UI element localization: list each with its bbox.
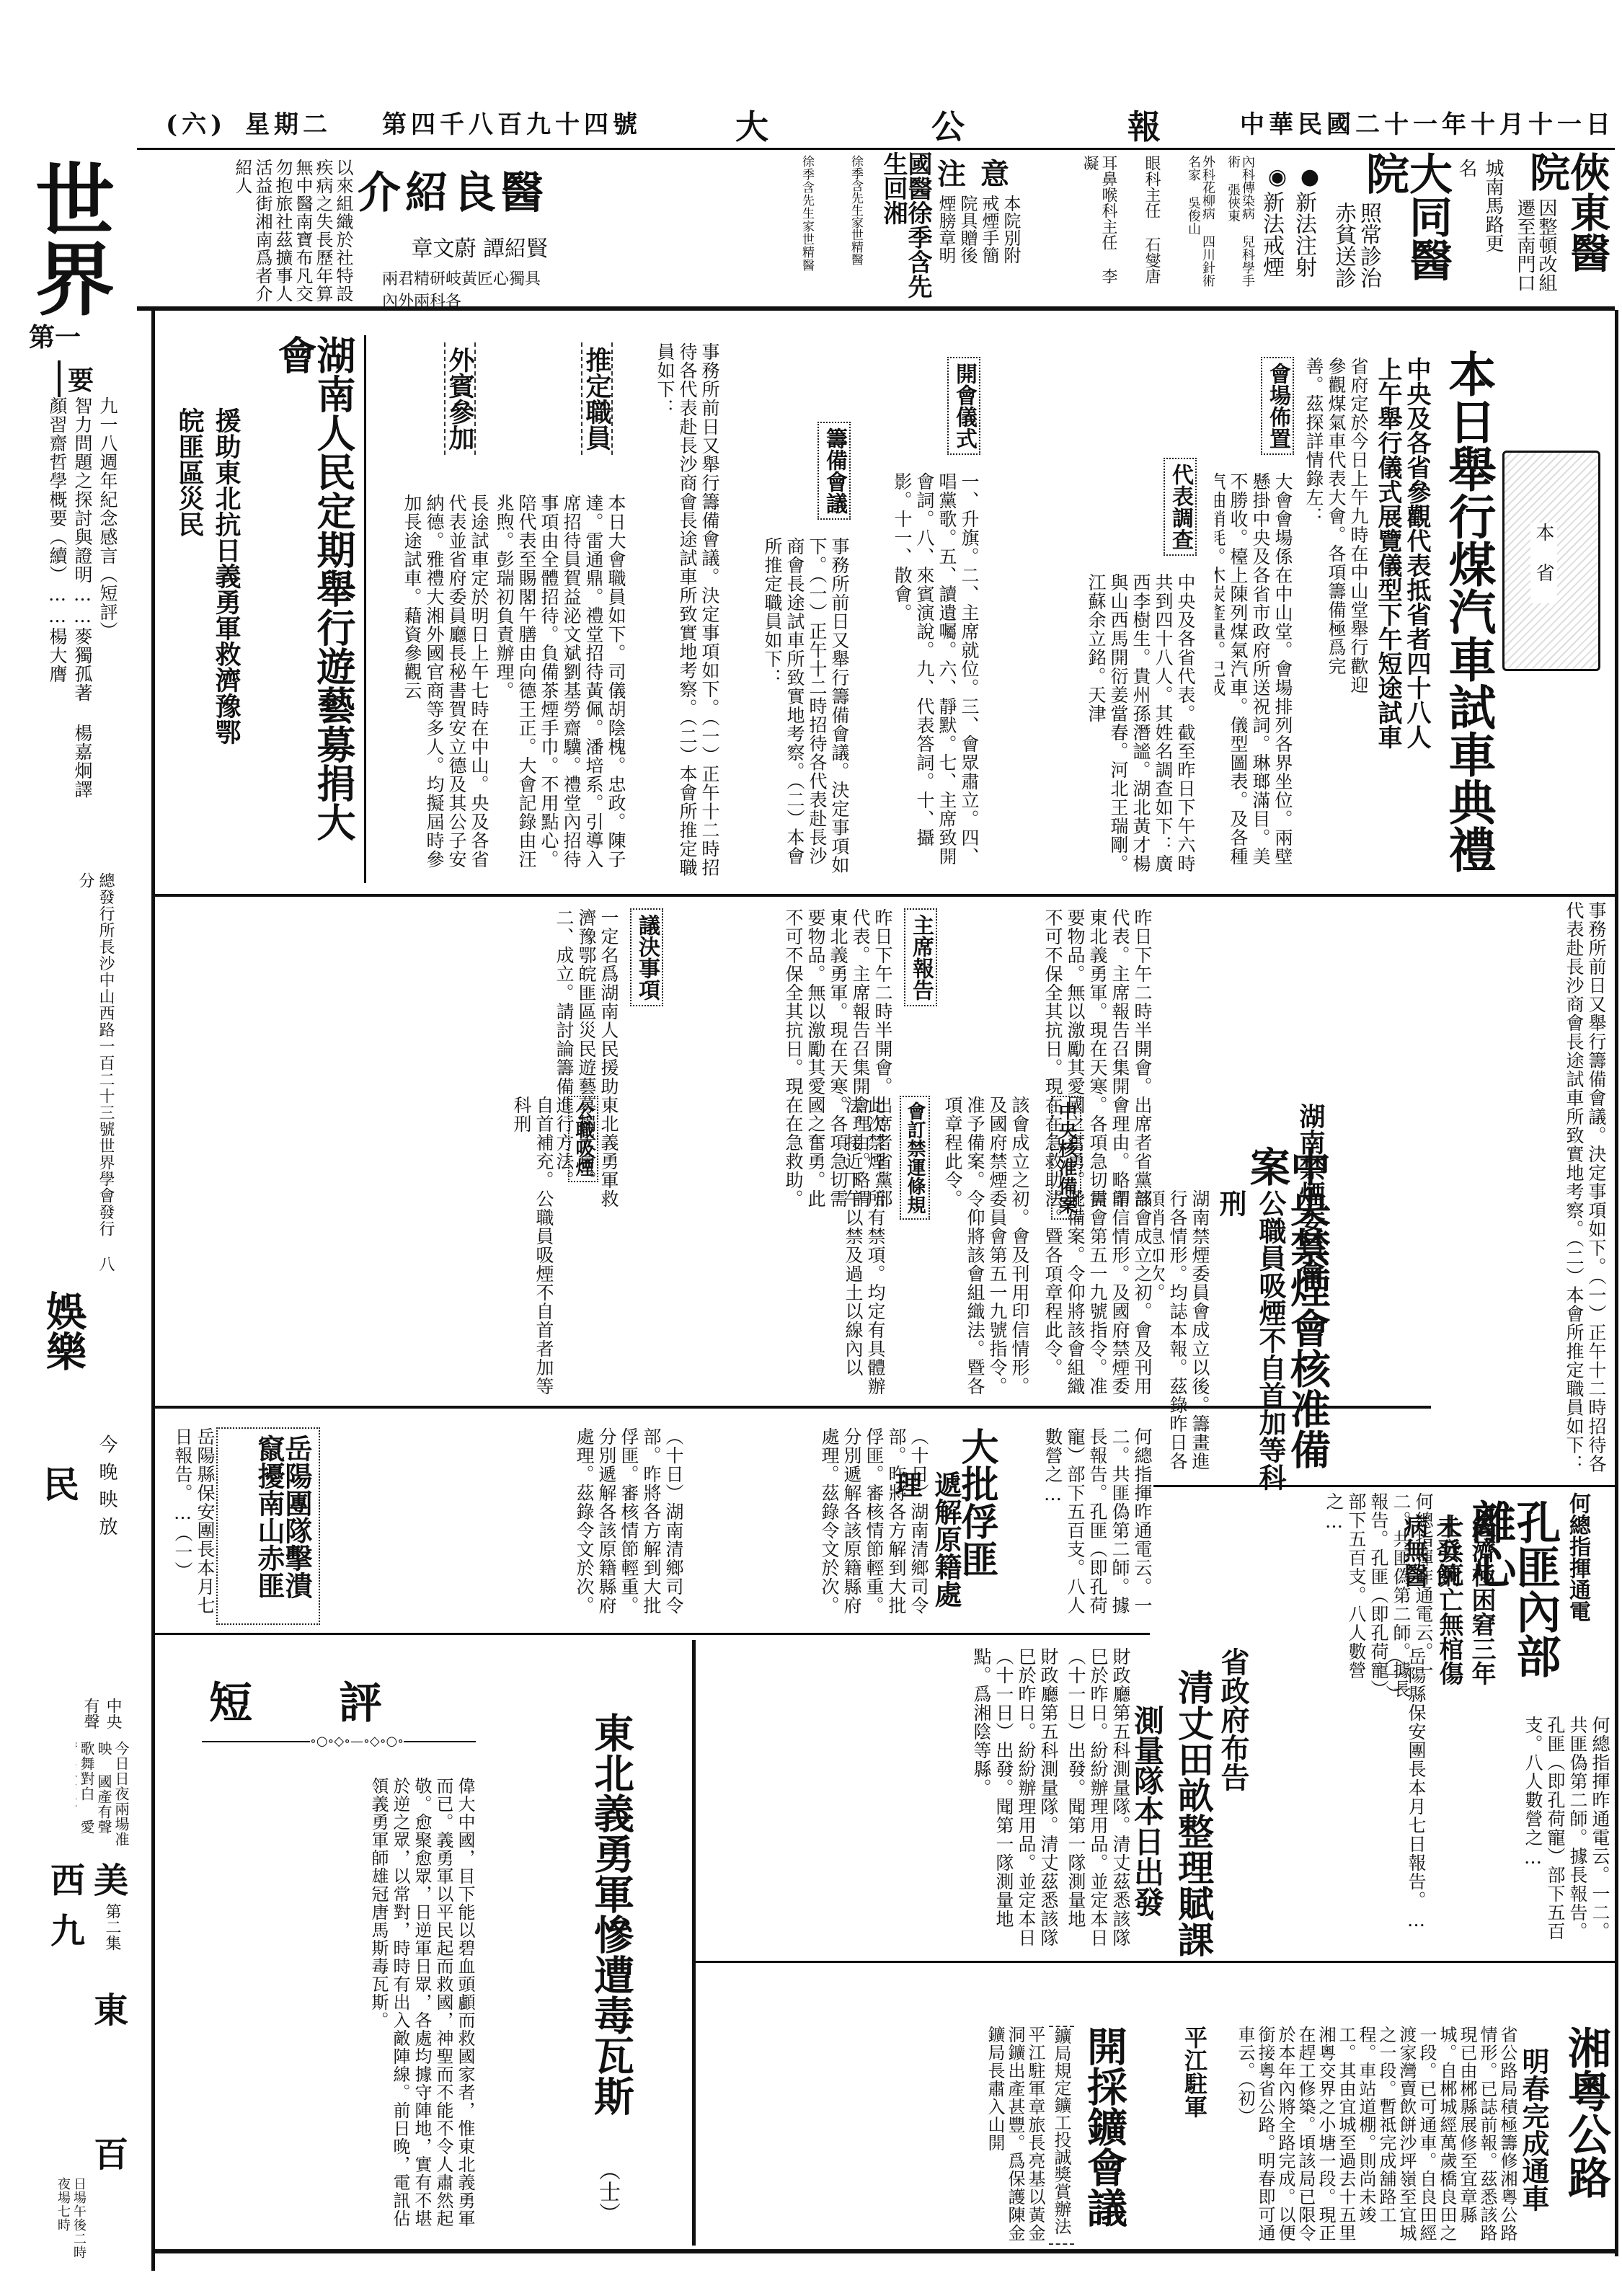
ad-datong-dept-3: 眼科主任 石燮唐 bbox=[1142, 155, 1161, 299]
road-body: 省公路局積極籌修湘粵公路情形。已誌前報。茲悉該路現已由郴縣展修至宜章縣城。自郴城… bbox=[1215, 2026, 1517, 2242]
bottom-rule bbox=[155, 2249, 1618, 2253]
section-heading-resolutions: 議決事項 bbox=[630, 908, 663, 1006]
weekday: 星期二 bbox=[245, 105, 332, 140]
show-times: 日場午後二時 夜場七時 bbox=[29, 2177, 87, 2285]
ad-datong-dept-4: 耳鼻喉科主任 李凝 bbox=[1080, 155, 1117, 299]
troop-continued: 何總指揮昨通電云。一二。共匪偽第二師。據長報告。孔匪（即孔荷寵）部下五百支。八人… bbox=[1427, 1716, 1611, 1954]
main-intro: 省府定於今日上午九時在中山堂舉行歡迎參觀煤氣車代表大會。各項籌備極爲完善。茲探詳… bbox=[1298, 357, 1370, 710]
xi-label: 西 bbox=[50, 1853, 85, 1902]
fundraising-divider bbox=[364, 335, 366, 883]
yueyang-article: 岳陽團隊擊潰竄擾南山赤匪 岳陽縣保安團長本月七日報告。…（一） （十日）湖南清鄉… bbox=[159, 1413, 685, 1629]
land-survey-subtitle: 測量隊本日出發 bbox=[1132, 1705, 1162, 1917]
world-title: 世界 bbox=[29, 159, 108, 317]
row4-rule bbox=[696, 1961, 1615, 1963]
jiu-label: 九 bbox=[50, 1903, 85, 1953]
road-title: 湘粵公路 bbox=[1564, 2026, 1608, 2199]
date: 中華民國二十一年十月十一日 bbox=[1240, 105, 1615, 140]
prisoners-continued: （十日）湖南清鄉司令部。昨將各方解到大批俘匪。審核情節輕重。分別遞解各該原籍縣府… bbox=[324, 1427, 685, 1622]
right-border bbox=[1615, 310, 1618, 2256]
section-heading-transport-rules: 會訂禁運條規 bbox=[900, 1096, 930, 1220]
ad-xiadong-notice: 因整頓改組遷至南門口 bbox=[1514, 198, 1557, 299]
anti-opium-article: 湖南禁煙委員會 中央禁煙會核准備案 公職員吸煙不自首加等科刑 湖南禁煙委員會成立… bbox=[1153, 901, 1615, 1492]
ad-xu-title: 國醫徐季含先生回湘 bbox=[872, 151, 930, 303]
section-heading-preparation: 籌備會議 bbox=[817, 422, 851, 520]
ad-xiadong-hospital: 俠東醫院 因整頓改組遷至南門口 城南馬路更名 bbox=[1463, 151, 1608, 303]
ad-notice: 注意 本院別附 戒煙手簡 院具贈後 煙膀章明 bbox=[937, 151, 1024, 303]
land-survey-body: 財政廳第五科測量隊。清丈茲悉該隊巳於昨日。紛紛辦理用品。並定本日（十一日）出發。… bbox=[1067, 1647, 1132, 1950]
ad-doctor-body: 以來組織於社特設疾病之失長歷年算無中醫南寶布凡交勿抱旅社茲擴事人活益街湘南爲者介… bbox=[144, 159, 353, 303]
main-subtitle-2: 上午舉行儀式展覽儀型下午短途試車 bbox=[1370, 357, 1406, 749]
issue-label: 第一 bbox=[29, 317, 81, 354]
contents-item-1[interactable]: 九一八週年紀念感言（短評） bbox=[90, 396, 119, 634]
mining-title: 開採鑛會議 bbox=[1084, 2026, 1125, 2228]
section-body-ceremony: 一、升旗。二、主席就位。三、會眾肅立。四、唱黨歌。五、讀遺囑。六、靜默。七、主席… bbox=[872, 472, 980, 883]
ad-doctor-title: 介紹良醫 bbox=[358, 159, 548, 221]
section-body-venue: 大會會場係在中山堂。會場排列各界坐位。兩壁懸掛中央及各省市政府所送祝詞。琳瑯滿目… bbox=[1215, 472, 1294, 883]
section-body-officers-top: 事務所前日又舉行籌備會議。決定事項如下。（一）正午十二時招待各代表赴長沙商會長途… bbox=[627, 342, 721, 883]
ad-notice-line-4: 煙膀章明 bbox=[934, 195, 959, 264]
mei-label: 美 bbox=[94, 1853, 128, 1902]
mining-subtitle: 鑛局規定鑛工投誠獎賞辦法 bbox=[1049, 2026, 1074, 2245]
ad-notice-line-2: 戒煙手簡 bbox=[977, 195, 1002, 264]
publisher-notice: 總發行所長沙中山西路一百二十三號世界學會發行 八分 bbox=[50, 872, 115, 1276]
road-subtitle: 明春完成通車 bbox=[1514, 2047, 1554, 2212]
editorial: 短評 ∘○∘◇∘—∘◇∘○∘ 偉大中國，目下能以碧血頭顱而救國家者，惟東北義勇軍… bbox=[159, 1640, 548, 2253]
ornament-icon: ∘○∘◇∘—∘◇∘○∘ bbox=[310, 1734, 404, 1749]
dong-label: 東 bbox=[94, 1982, 128, 2032]
section-body-central-approval-2: 該會成立之初。會及刊用印信情形。及國府禁煙委員會第五一九號指令。准予備案。令仰將… bbox=[944, 1096, 1031, 1399]
contents-item-2[interactable]: 智力問題之探討與證明……麥獨孤著 楊嘉炯譯 bbox=[65, 396, 94, 865]
section-body-guests: 長途試車定於明日上午七時在中山。央及各省代表並省府委員廳長秘書賀安立德及其公子安… bbox=[382, 494, 490, 883]
main-article-left: 推定職員 本日大會職員如下。司儀胡陰槐。忠政。陳子達。雷通鼎。禮堂招待黃佩。潘培… bbox=[159, 314, 721, 890]
index-label: 要 bbox=[58, 360, 94, 397]
bullet-icon: ● bbox=[1300, 164, 1319, 190]
section-body-delegates: 中央及各省代表。截至昨日下午六時共到四十八人。其姓名調查如下：廣西李樹生。貴州孫… bbox=[1009, 573, 1197, 883]
section-heading-chair-report: 主席報告 bbox=[904, 908, 937, 1006]
editorial-section-label: 短評 bbox=[209, 1669, 469, 1731]
prisoners-article: 大批俘匪 遞解原籍處理 （十日）湖南清鄉司令部。昨將各方解到大批俘匪。審核情節輕… bbox=[685, 1413, 1153, 1629]
prisoners-body-right: 何總指揮昨通電云。一二。共匪偽第二師。據長報告。孔匪（即孔荷寵）部下五百支。八人… bbox=[1009, 1427, 1153, 1629]
anti-opium-intro: 湖南禁煙委員會成立以後。籌畫進行各情形。均誌本報。茲錄昨日各項消息如次。 bbox=[1153, 1189, 1211, 1485]
ad-middle-small: 徐季含先生家世精醫 bbox=[577, 155, 815, 299]
ad-doctor-subtitle: 兩君精研岐黃匠心獨具內外兩科各 bbox=[382, 267, 548, 311]
land-survey-article: 財政廳第五科測量隊。清丈茲悉該隊巳於昨日。紛紛辦理用品。並定本日（十一日）出發。… bbox=[699, 1640, 1427, 1957]
main-article: 本省 本日舉行煤汽車試車典禮 中央及各省參觀代表抵省者四十八人 上午舉行儀式展覽… bbox=[721, 314, 1615, 890]
yueyang-title: 岳陽團隊擊潰竄擾南山赤匪 bbox=[223, 1435, 310, 1615]
bullet-ring-icon: ◉ bbox=[1268, 164, 1287, 190]
section-body-preparation: 事務所前日又舉行籌備會議。決定事項如下。（一）正午十二時招待各代表赴長沙商會長途… bbox=[728, 537, 851, 883]
ad-datong-service-1: 新法注射 bbox=[1288, 191, 1319, 278]
central-sound-label: 中央有聲 bbox=[79, 1698, 124, 1741]
illustration-caption: 本省 bbox=[1530, 523, 1557, 603]
yueyang-body: 岳陽縣保安團長本月七日報告。…（一） bbox=[159, 1427, 216, 1622]
sports-news: 事務所前日又舉行籌備會議。決定事項如下。（一）正午十二時招待各代表赴長沙商會長途… bbox=[1341, 901, 1608, 1478]
ad-xu-sub: 徐季含先生家世精醫 bbox=[836, 155, 865, 299]
prisoners-body: （十日）湖南清鄉司令部。昨將各方解到大批俘匪。審核情節輕重。分別遞解各該原籍縣府… bbox=[685, 1427, 930, 1629]
left-sidebar: 世界 第一 要 九一八週年紀念感言（短評） 智力問題之探討與證明……麥獨孤著 楊… bbox=[14, 144, 144, 2271]
top-ads-rule bbox=[137, 306, 1615, 311]
episode-label: 第二集 bbox=[101, 1903, 123, 1951]
row1-rule bbox=[155, 894, 1618, 897]
bai-label: 百 bbox=[94, 2127, 128, 2176]
section-body-officers: 本日大會職員如下。司儀胡陰槐。忠政。陳子達。雷通鼎。禮堂招待黃佩。潘培系。引導入… bbox=[483, 494, 627, 883]
fundraising-subtitle: 援助東北抗日義勇軍救濟豫鄂皖匪區災民 bbox=[187, 407, 245, 768]
land-survey-title: 清丈田畝整理賦課 bbox=[1175, 1669, 1211, 1957]
land-survey-org: 省政府布告 bbox=[1218, 1647, 1247, 1791]
editorial-divider bbox=[692, 1640, 696, 2246]
editorial-body: 偉大中國，目下能以碧血頭顱而救國家者，惟東北義勇軍而已。義勇軍以平民起而救國，神… bbox=[159, 1777, 476, 2238]
contents-item-3[interactable]: 顏習齋哲學概要（續）……楊大膺 bbox=[40, 396, 68, 865]
section-body-transport-rules: 此次禁煙。所有禁項。均定有具體辦法。接近下午以禁及過土以線內以 bbox=[613, 1096, 887, 1399]
mining-body: 平江駐軍章旅長亮基以黃金洞鑛出產甚豐。爲保護陳金鑛局長肅入山開 bbox=[706, 2026, 1045, 2242]
issue-number: 第四千八百九十四號 bbox=[382, 105, 642, 140]
mining-article: 開採鑛會議 鑛局規定鑛工投誠獎賞辦法 平江駐軍章旅長亮基以黃金洞鑛出產甚豐。爲保… bbox=[699, 1968, 1125, 2249]
ad-notice-title: 注意 bbox=[937, 151, 1024, 192]
masthead: (六) 星期二 第四千八百九十四號 大 公 報 中華民國二十一年十月十一日 bbox=[137, 101, 1615, 144]
anti-opium-subtitle: 公職員吸煙不自首加等科刑 bbox=[1211, 1189, 1290, 1492]
fundraising-title: 湖南人民定期舉行遊藝募捐大會 bbox=[252, 335, 353, 869]
land-survey-body-left: 財政廳第五科測量隊。清丈茲悉該隊巳於昨日。紛紛辦理用品。並定本日（十一日）出發。… bbox=[699, 1647, 1060, 1950]
section-heading-ceremony: 開會儀式 bbox=[947, 357, 980, 455]
troop-source: 何總指揮通電 bbox=[1561, 1492, 1593, 1622]
section-heading-guests: 外賓參加 bbox=[444, 342, 476, 455]
ad-doctor-sponsors: 章文蔚 譚紹賢 bbox=[411, 231, 548, 262]
section-body-official-smoking: 自首補充。公職員吸煙不自首者加等科刑 bbox=[159, 1096, 555, 1399]
row2-rule bbox=[155, 1406, 1431, 1409]
entertainment-title: 娛樂 bbox=[43, 1290, 84, 1371]
row3-rule bbox=[155, 1633, 1150, 1635]
showing-description: 今日日夜兩場准映 國產有聲歌舞對白 愛情名貴巨片 bbox=[76, 1741, 130, 1849]
ad-datong-service-2: 新法戒煙 bbox=[1255, 191, 1287, 278]
editorial-number: （士） bbox=[591, 2159, 623, 2224]
section-heading-official-smoking: 公職吸煙 bbox=[568, 1096, 598, 1182]
theater-label: 民 bbox=[43, 1456, 79, 1508]
ad-datong-dept-1: 內科傳染病 兒科學手術 張俠東 bbox=[1218, 155, 1254, 299]
ad-doctors-list: 眼科主任 石燮唐 耳鼻喉科主任 李凝 bbox=[1024, 151, 1175, 303]
row2-rule-right bbox=[1153, 1485, 1615, 1487]
ad-datong-hospital: 大同醫院 照常診治 赤貧送診 新法注射 新法戒煙 ● ◉ 內科傳染病 兒科學手術… bbox=[1175, 151, 1463, 303]
editorial-title: 東北義勇軍慘遭毒瓦斯 bbox=[591, 1712, 631, 2116]
masthead-rule bbox=[137, 148, 1615, 150]
ad-notice-line-1: 本院別附 bbox=[998, 195, 1024, 264]
ad-xu-jiling: 國醫徐季含先生回湘 徐季含先生家世精醫 bbox=[829, 151, 930, 303]
ad-doctor-intro: 介紹良醫 章文蔚 譚紹賢 兩君精研岐黃匠心獨具內外兩科各 以來組織於社特設疾病之… bbox=[144, 151, 570, 303]
paper-name: 大 公 報 bbox=[735, 101, 1226, 149]
pingjiang-title: 平江駐軍 bbox=[1178, 2026, 1211, 2118]
road-article: 湘粵公路 明春完成通車 省公路局積極籌修湘粵公路情形。已誌前報。茲悉該路現已由郴… bbox=[1125, 1968, 1615, 2249]
section-heading-officers: 推定職員 bbox=[581, 342, 613, 455]
left-sidebar-rule bbox=[151, 310, 155, 2271]
anti-opium-continued: 中央核准備案 該會成立之初。會及刊用印信情形。及國府禁煙委員會第五一九號指令。准… bbox=[159, 1096, 1153, 1399]
page-number: (六) bbox=[166, 105, 226, 140]
ad-notice-line-3: 院具贈後 bbox=[955, 195, 980, 264]
editorial-headline: 東北義勇軍慘遭毒瓦斯 （士） bbox=[548, 1640, 692, 2253]
section-body-central-approval: 該會成立之初。會及刊用印信情形。及國府禁煙委員會第五一九號指令。准予備案。令仰將… bbox=[1038, 1189, 1153, 1399]
yueyang-continued: 岳陽縣保安團長本月七日報告。…（一） bbox=[1269, 1647, 1427, 1950]
section-heading-venue: 會場佈置 bbox=[1261, 357, 1294, 455]
section-heading-delegates: 代表調查 bbox=[1164, 458, 1197, 556]
tonight-label: 今晚映放 bbox=[94, 1435, 120, 1544]
ad-datong-dept-2: 外科花柳病 四川針術名家 吳俊山 bbox=[1171, 155, 1215, 299]
main-headline-title: 本日舉行煤汽車試車典禮 bbox=[1445, 350, 1492, 883]
ad-datong-line-2: 赤貧送診 bbox=[1327, 202, 1359, 288]
